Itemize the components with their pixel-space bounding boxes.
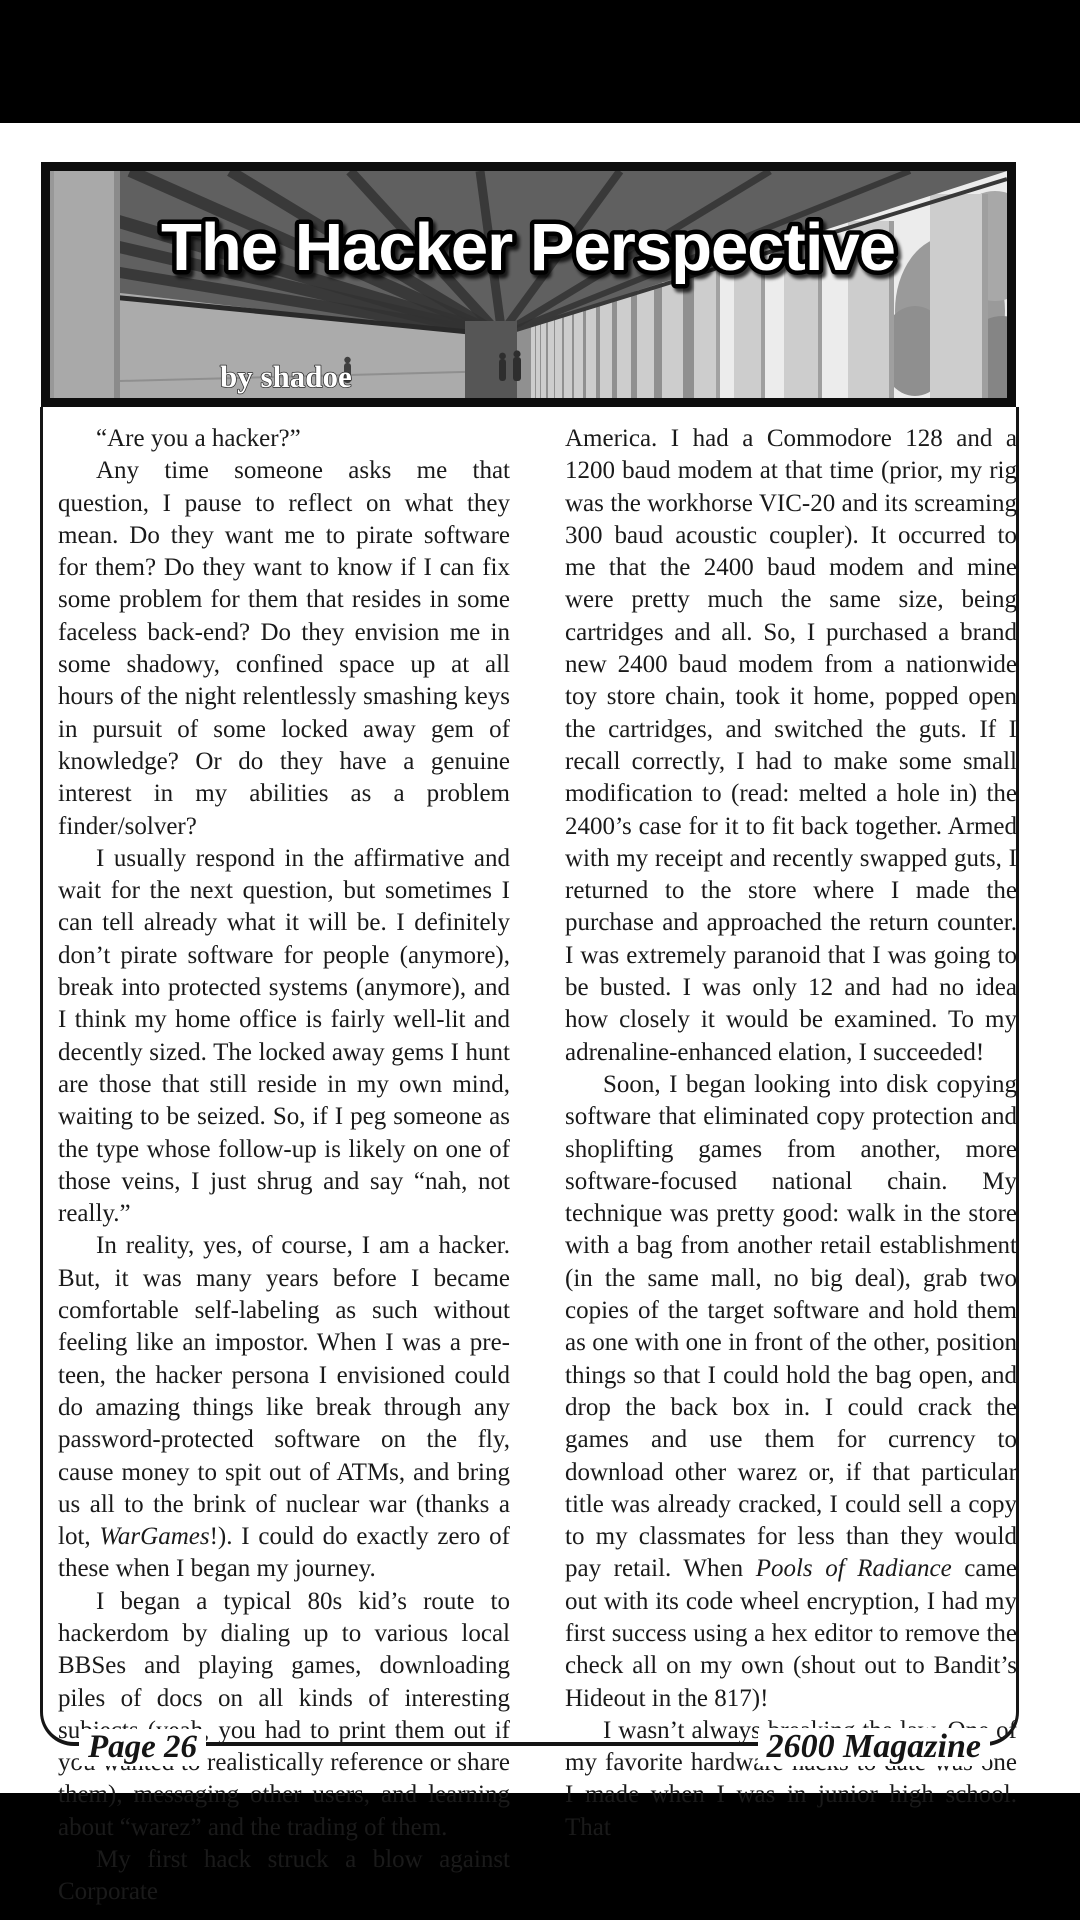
article-paragraph: In reality, yes, of course, I am a hacke… — [58, 1230, 510, 1585]
article-paragraph: Soon, I began looking into disk copying … — [565, 1069, 1017, 1715]
article-paragraph: My first hack struck a blow against Corp… — [58, 1844, 510, 1909]
paper-sheet: The Hacker Perspective by shadoe “Are yo… — [0, 123, 1080, 1793]
article-paragraph: “Are you a hacker?” — [58, 423, 510, 455]
magazine-name-label: 2600 Magazine — [758, 1728, 990, 1766]
article-paragraph: I usually respond in the affirmative and… — [58, 843, 510, 1231]
colonnade-photo: The Hacker Perspective by shadoe — [50, 171, 1007, 398]
article-paragraph: Any time someone asks me that question, … — [58, 455, 510, 843]
article-paragraph: I began a typical 80s kid’s route to hac… — [58, 1586, 510, 1844]
article-column-right: America. I had a Commodore 128 and a 120… — [565, 423, 1017, 1909]
article-column-left: “Are you a hacker?”Any time someone asks… — [58, 423, 510, 1909]
article-body-frame: “Are you a hacker?”Any time someone asks… — [40, 407, 1019, 1746]
page-number-label: Page 26 — [79, 1729, 206, 1766]
article-byline: by shadoe — [220, 359, 352, 394]
magazine-page: The Hacker Perspective by shadoe “Are yo… — [0, 0, 1080, 1920]
article-columns: “Are you a hacker?”Any time someone asks… — [58, 423, 1017, 1909]
article-header: The Hacker Perspective by shadoe — [41, 162, 1016, 407]
article-paragraph: America. I had a Commodore 128 and a 120… — [565, 423, 1017, 1069]
colonnade-photo-art: The Hacker Perspective by shadoe — [50, 171, 1007, 398]
article-title: The Hacker Perspective — [161, 210, 895, 285]
